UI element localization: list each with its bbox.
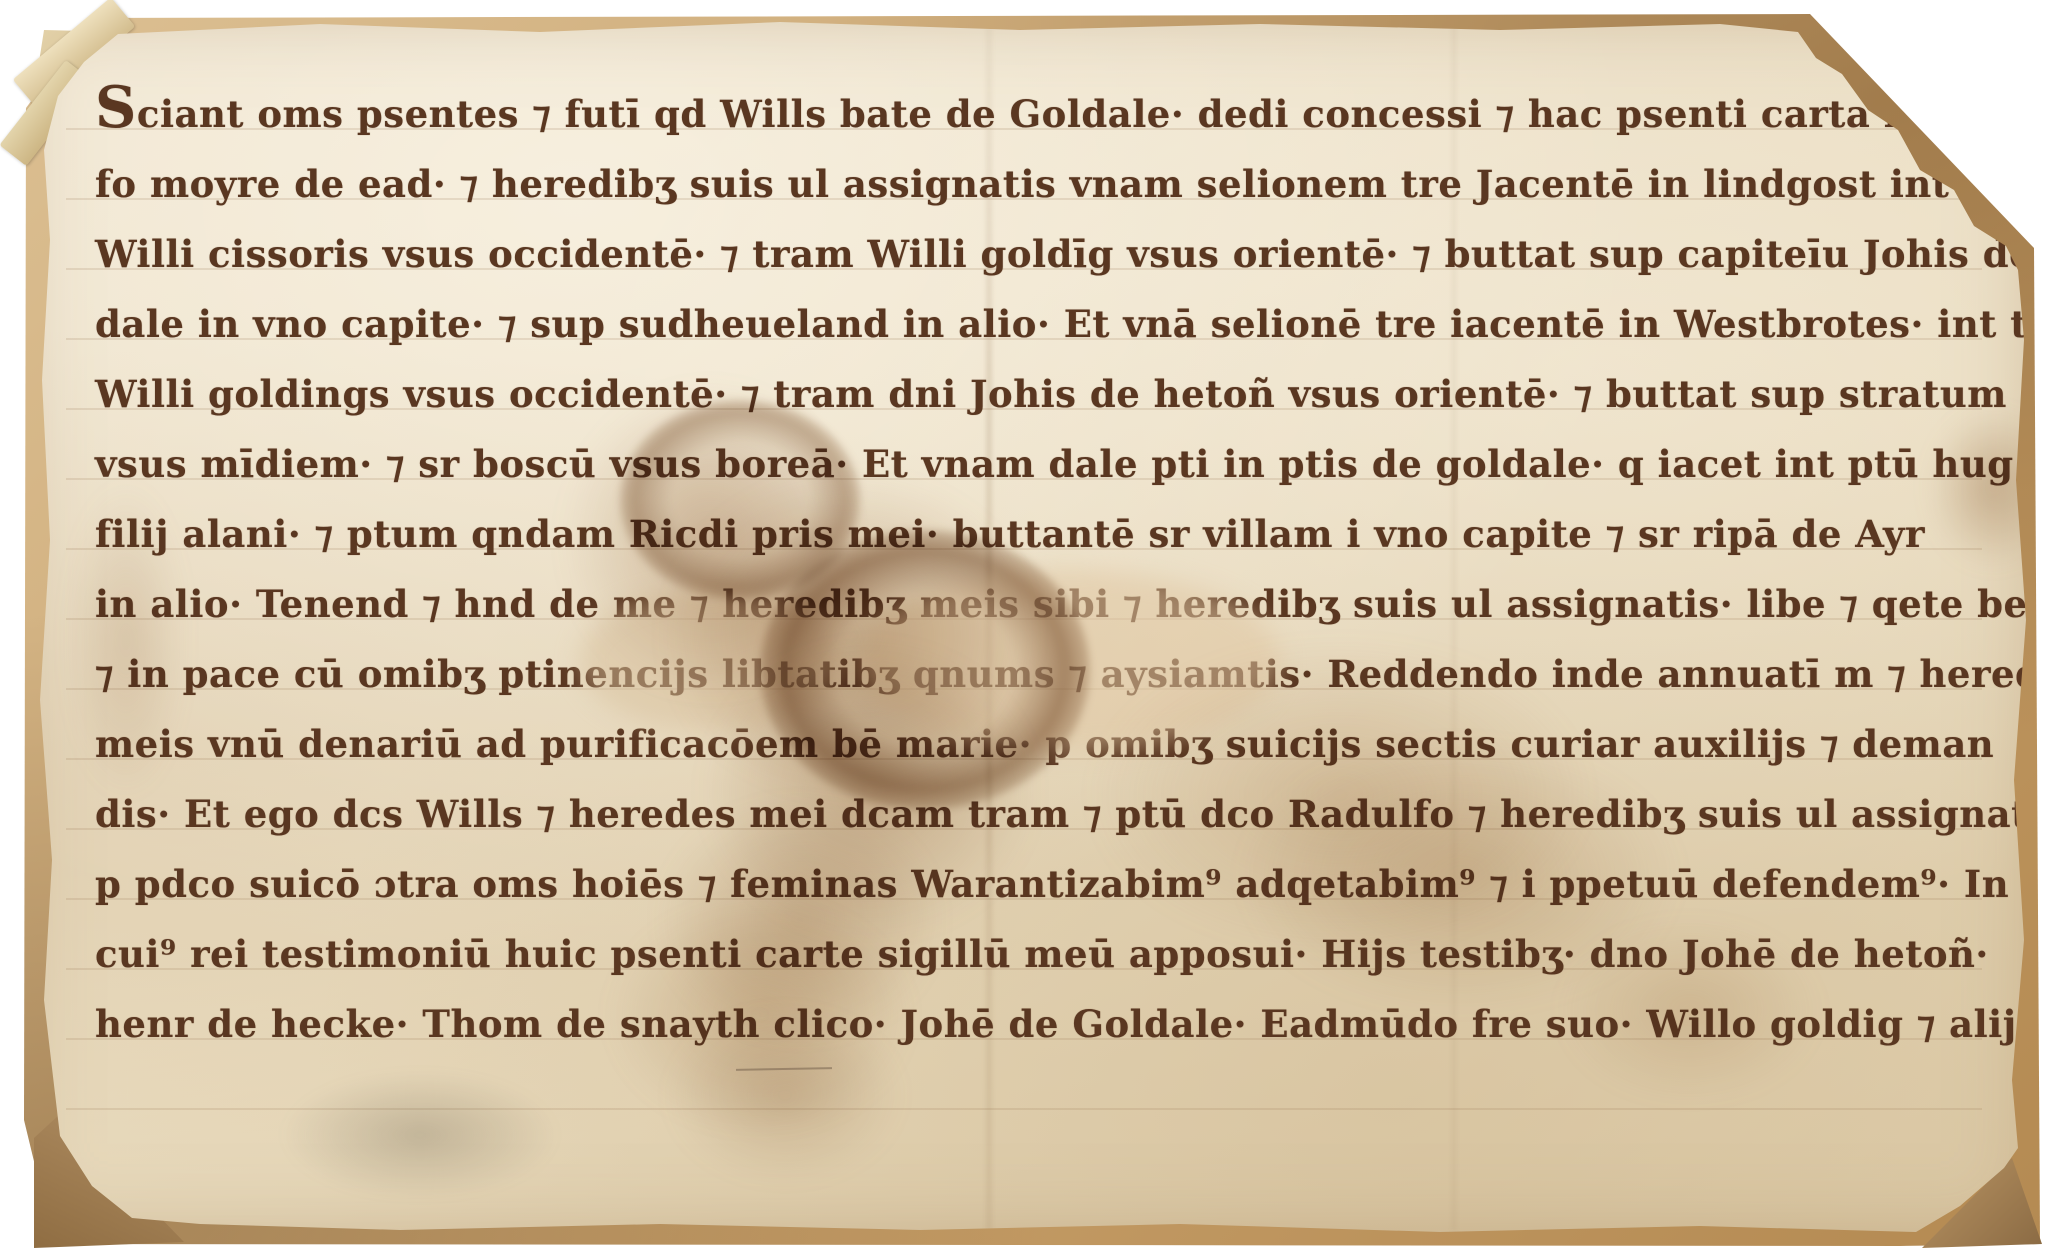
charter-line-4: dale in vno capite· ⁊ sup sudheueland in…: [95, 289, 1961, 359]
charter-line-2: fo moyre de ead· ⁊ heredibʒ suis ul assi…: [95, 149, 1961, 219]
charter-line-12: p pdco suicō ɔtra oms hoiēs ⁊ feminas Wa…: [95, 849, 1961, 919]
charter-line-3: Willi cissoris vsus occidentē· ⁊ tram Wi…: [95, 219, 1961, 289]
charter-line-13: cui⁹ rei testimoniū huic psenti carte si…: [95, 919, 1961, 989]
charter-line-8: in alio· Tenend ⁊ hnd de me ⁊ heredibʒ m…: [95, 569, 1961, 639]
charter-line-6: vsus mīdiem· ⁊ sr boscū vsus boreā· Et v…: [95, 429, 1961, 499]
charter-line-7: filij alani· ⁊ ptum qndam Ricdi pris mei…: [95, 499, 1961, 569]
parchment: Sciant oms psentes ⁊ futī qd Wills bate …: [0, 0, 2048, 1251]
charter-line-11: dis· Et ego dcs Wills ⁊ heredes mei dcam…: [95, 779, 1961, 849]
charter-line-1: Sciant oms psentes ⁊ futī qd Wills bate …: [95, 79, 1961, 149]
photo-background: Sciant oms psentes ⁊ futī qd Wills bate …: [0, 0, 2048, 1251]
charter-line-5: Willi goldings vsus occidentē· ⁊ tram dn…: [95, 359, 1961, 429]
charter-text: Sciant oms psentes ⁊ futī qd Wills bate …: [95, 79, 1961, 1059]
charter-line-9: ⁊ in pace cū omibʒ ptinencijs libtatibʒ …: [95, 639, 1961, 709]
charter-line-14: henr de hecke· Thom de snayth clico· Joh…: [95, 989, 1961, 1059]
charter-line-10: meis vnū denariū ad purificacōem bē mari…: [95, 709, 1961, 779]
